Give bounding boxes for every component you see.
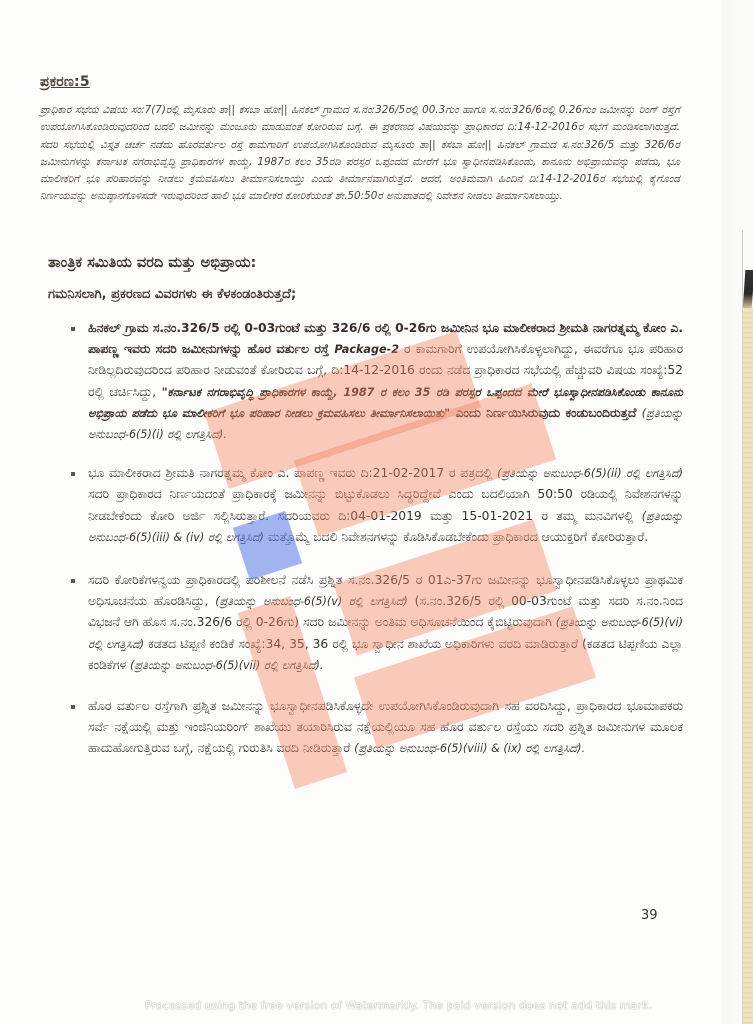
bullet-text: ಸದರಿ ಪ್ರಾಧಿಕಾರದ ನಿರ್ಣಯದಂತೆ ಪ್ರಾಧಿಕಾರಕ್ಕೆ…	[88, 487, 683, 522]
findings-list: ಹಿನಕಲ್ ಗ್ರಾಮ ಸ.ನಂ.326/5 ರಲ್ಲಿ 0-03ಗುಂಟೆ …	[68, 318, 683, 760]
annexure-reference: (ಪ್ರತಿಯನ್ನು ಅನುಬಂಧ-6(5)(ii) ರಲ್ಲಿ ಲಗತ್ತಿ…	[497, 467, 683, 480]
intro-paragraph: ಪ್ರಾಧಿಕಾರ ಸಭೆಯ ವಿಷಯ ಸಂ:7(7)ರಲ್ಲಿ ಮೈಸೂರು …	[40, 102, 680, 206]
page-number: 39	[641, 908, 658, 923]
package-label: Package-2	[334, 343, 399, 356]
list-item: ಹಿನಕಲ್ ಗ್ರಾಮ ಸ.ನಂ.326/5 ರಲ್ಲಿ 0-03ಗುಂಟೆ …	[68, 318, 683, 445]
section-title: ತಾಂತ್ರಿಕ ಸಮಿತಿಯ ವರದಿ ಮತ್ತು ಅಭಿಪ್ರಾಯ:	[48, 255, 256, 271]
bullet-text: ಎಂದು ನಿರ್ಣಯಿಸಿರುವುದು ಕಂಡುಬಂದಿರುತ್ತದೆ	[450, 406, 642, 420]
bullet-text: ಮತ್ತೊಮ್ಮೆ ಬದಲಿ ನಿವೇಶನಗಳನ್ನು ಕೊಡಿಸಿಕೊಡಬೇಕ…	[264, 530, 648, 544]
annexure-reference: (ಪ್ರತಿಯನ್ನು ಅನುಬಂಧ-6(5)(viii) & (ix) ರಲ್…	[354, 742, 585, 755]
bullet-text: ಭೂ ಮಾಲೀಕರಾದ ಶ್ರೀಮತಿ ನಾಗರತ್ನಮ್ಮ ಕೋಂ ಎ. ಪಾ…	[88, 466, 497, 480]
list-item: ಭೂ ಮಾಲೀಕರಾದ ಶ್ರೀಮತಿ ನಾಗರತ್ನಮ್ಮ ಕೋಂ ಎ. ಪಾ…	[68, 463, 683, 548]
page-edge	[722, 0, 753, 1024]
list-item: ಹೊರ ವರ್ತುಲ ರಸ್ತೆಗಾಗಿ ಪ್ರಶ್ನಿತ ಜಮೀನನ್ನು ಭ…	[68, 696, 683, 760]
case-heading: ಪ್ರಕರಣ:5	[40, 74, 90, 90]
edge-paper	[743, 308, 753, 1024]
edge-shadow	[743, 270, 753, 310]
list-item: ಸದರಿ ಕೋರಿಕೆಗಳನ್ವಯ ಪ್ರಾಧಿಕಾರದಲ್ಲಿ ಪರಿಶೀಲನ…	[68, 570, 683, 676]
observed-line: ಗಮನಿಸಲಾಗಿ, ಪ್ರಕರಣದ ವಿವರಗಳು ಈ ಕೆಳಕಂಡಂತಿರು…	[48, 287, 296, 302]
annexure-reference: (ಪ್ರತಿಯನ್ನು ಅನುಬಂಧ-6(5)(v) ರಲ್ಲಿ ಲಗತ್ತಿಸ…	[215, 595, 408, 608]
annexure-reference: (ಪ್ರತಿಯನ್ನು ಅನುಬಂಧ-6(5)(vii) ರಲ್ಲಿ ಲಗತ್ತ…	[130, 659, 323, 672]
watermark-notice: Processed using the free version of Wate…	[145, 999, 652, 1012]
document-page: ಪ್ರಕರಣ:5 ಪ್ರಾಧಿಕಾರ ಸಭೆಯ ವಿಷಯ ಸಂ:7(7)ರಲ್ಲ…	[0, 0, 722, 1024]
